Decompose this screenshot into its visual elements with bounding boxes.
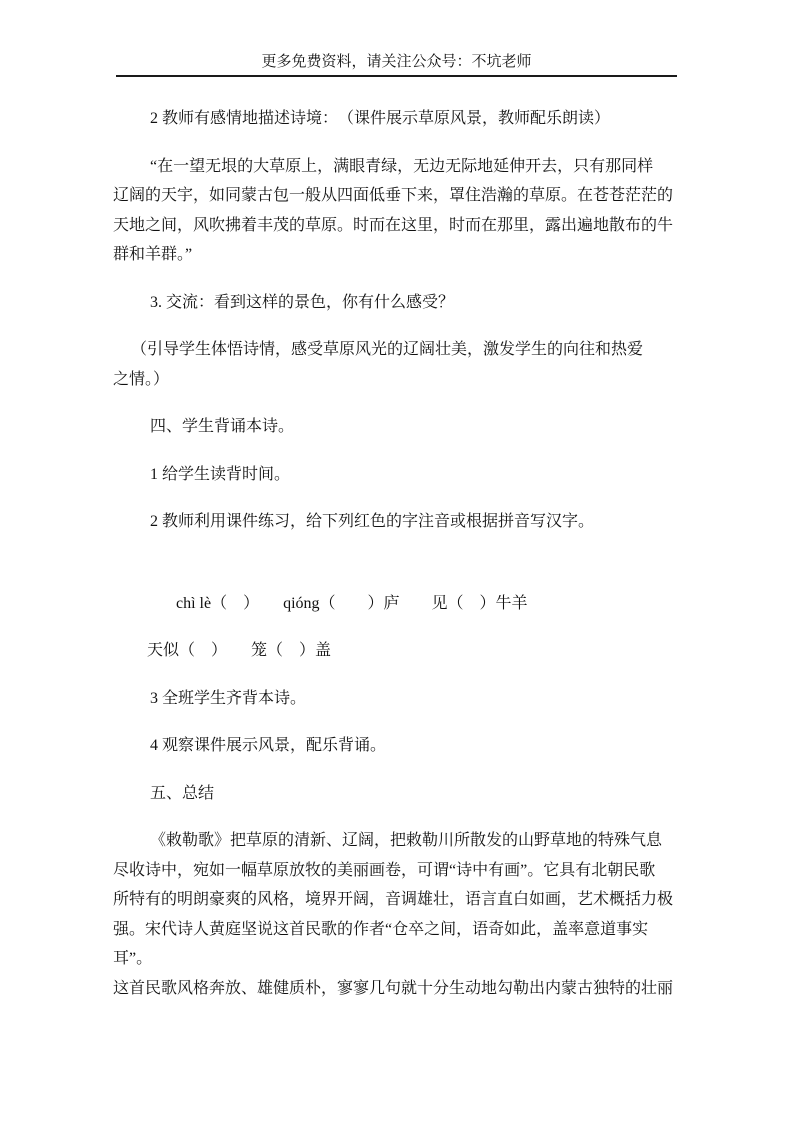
teacher-describe-line: 2 教师有感情地描述诗境： （课件展示草原风景，教师配乐朗读） xyxy=(113,104,680,134)
document-body: 2 教师有感情地描述诗境： （课件展示草原风景，教师配乐朗读） “在一望无垠的大… xyxy=(113,104,680,1021)
step-courseware-exercise-line: 2 教师利用课件练习，给下列红色的字注音或根据拼音写汉字。 xyxy=(113,507,680,537)
guidance-note-paragraph: （引导学生体悟诗情，感受草原风光的辽阔壮美，激发学生的向往和热爱之情。） xyxy=(113,335,680,394)
section-five-heading: 五、总结 xyxy=(113,779,680,809)
promo-header-text: 更多免费资料，请关注公众号：不坑老师 xyxy=(0,52,793,72)
pinyin-exercise-line-2: 天似（ ） 笼（ ）盖 xyxy=(113,636,680,666)
step-read-memorize-line: 1 给学生读背时间。 xyxy=(113,460,680,490)
exchange-question-line: 3. 交流：看到这样的景色，你有什么感受？ xyxy=(113,288,680,318)
scene-description-paragraph: “在一望无垠的大草原上，满眼青绿，无边无际地延伸开去，只有那同样辽阔的天宇，如同… xyxy=(113,152,680,270)
header-divider-rule xyxy=(116,75,677,77)
step-class-recite-line: 3 全班学生齐背本诗。 xyxy=(113,684,680,714)
summary-paragraph: 《敕勒歌》把草原的清新、辽阔，把敕勒川所散发的山野草地的特殊气息尽收诗中，宛如一… xyxy=(113,826,680,1003)
section-four-heading: 四、学生背诵本诗。 xyxy=(113,412,680,442)
pinyin-exercise-line-1: chì lè（ ） qióng（ ）庐 见（ ）牛羊 xyxy=(113,589,680,619)
step-scenery-recite-line: 4 观察课件展示风景，配乐背诵。 xyxy=(113,731,680,761)
document-page: 更多免费资料，请关注公众号：不坑老师 2 教师有感情地描述诗境： （课件展示草原… xyxy=(0,0,793,1122)
